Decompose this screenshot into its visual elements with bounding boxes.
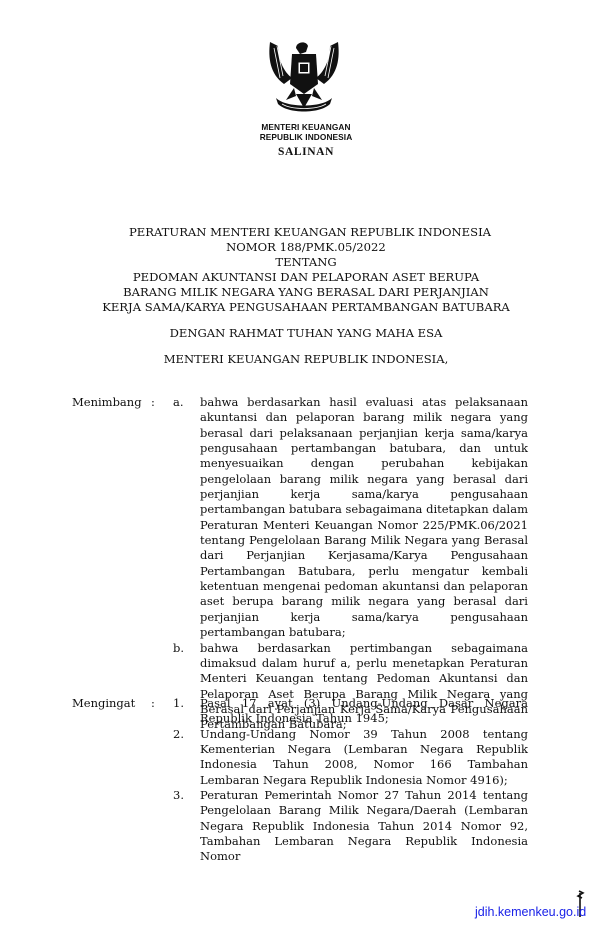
item-marker: a. bbox=[173, 395, 184, 410]
item-marker: b. bbox=[173, 641, 184, 656]
item-text: bahwa berdasarkan hasil evaluasi atas pe… bbox=[200, 395, 528, 641]
legal-basis-item: 3. Peraturan Pemerintah Nomor 27 Tahun 2… bbox=[72, 788, 528, 865]
menimbang-section: Menimbang : a. bahwa berdasarkan hasil e… bbox=[72, 395, 528, 733]
considering-item: a. bahwa berdasarkan hasil evaluasi atas… bbox=[72, 395, 528, 641]
legal-basis-item: 2. Undang-Undang Nomor 39 Tahun 2008 ten… bbox=[72, 727, 528, 788]
invocation: DENGAN RAHMAT TUHAN YANG MAHA ESA bbox=[0, 326, 612, 340]
item-marker: 3. bbox=[173, 788, 184, 803]
institution-name: MENTERI KEUANGAN bbox=[0, 122, 612, 132]
title-line: NOMOR 188/PMK.05/2022 bbox=[0, 240, 612, 255]
garuda-emblem-icon bbox=[266, 38, 342, 116]
title-line: TENTANG bbox=[0, 255, 612, 270]
issuer-heading: MENTERI KEUANGAN REPUBLIK INDONESIA, bbox=[0, 352, 612, 366]
item-text: Peraturan Pemerintah Nomor 27 Tahun 2014… bbox=[200, 788, 528, 865]
document-page: MENTERI KEUANGAN REPUBLIK INDONESIA SALI… bbox=[0, 0, 612, 936]
title-line: PEDOMAN AKUNTANSI DAN PELAPORAN ASET BER… bbox=[0, 270, 612, 285]
regulation-title: PERATURAN MENTERI KEUANGAN REPUBLIK INDO… bbox=[0, 225, 612, 316]
item-marker: 2. bbox=[173, 727, 184, 742]
institution-country: REPUBLIK INDONESIA bbox=[0, 132, 612, 142]
legal-basis-item: 1. Pasal 17 ayat (3) Undang-Undang Dasar… bbox=[72, 696, 528, 727]
copy-label: SALINAN bbox=[0, 146, 612, 158]
title-line: KERJA SAMA/KARYA PENGUSAHAAN PERTAMBANGA… bbox=[0, 300, 612, 315]
item-marker: 1. bbox=[173, 696, 184, 711]
item-text: Pasal 17 ayat (3) Undang-Undang Dasar Ne… bbox=[200, 696, 528, 727]
title-line: BARANG MILIK NEGARA YANG BERASAL DARI PE… bbox=[0, 285, 612, 300]
mengingat-section: Mengingat : 1. Pasal 17 ayat (3) Undang-… bbox=[72, 696, 528, 865]
jdih-link[interactable]: jdih.kemenkeu.go.id bbox=[475, 905, 586, 919]
title-line: PERATURAN MENTERI KEUANGAN REPUBLIK INDO… bbox=[8, 225, 612, 240]
item-text: Undang-Undang Nomor 39 Tahun 2008 tentan… bbox=[200, 727, 528, 788]
